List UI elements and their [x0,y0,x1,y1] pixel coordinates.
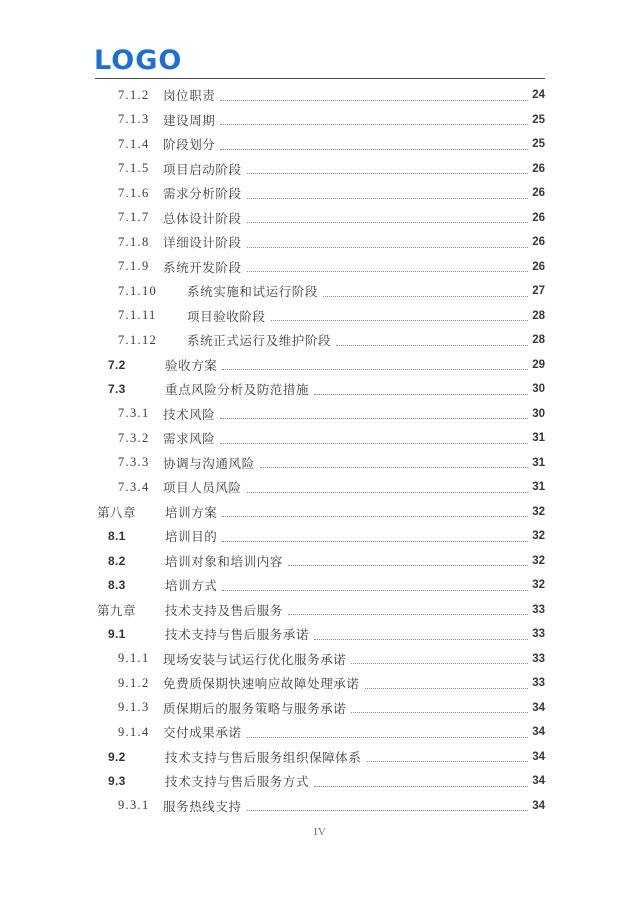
toc-leader-dots [283,549,532,574]
toc-entry-number: 7.1.12 [118,333,187,348]
toc-entry-page-number: 33 [532,604,545,616]
toc-entry-title: 服务热线支持 [163,797,242,815]
toc-entry[interactable]: 9.1技术支持与售后服务承诺33 [95,622,545,647]
toc-entry-number: 8.2 [108,554,165,568]
toc-entry-page-number: 34 [532,751,545,763]
toc-entry[interactable]: 7.3.1技术风险30 [95,402,545,427]
toc-entry-number: 9.1 [108,627,165,641]
toc-leader-dots [283,598,532,623]
toc-entry-title: 重点风险分析及防范措施 [165,380,309,398]
toc-leader-dots [309,769,532,794]
toc-entry-title: 技术支持与售后服务组织保障体系 [165,748,362,766]
toc-entry-page-number: 32 [532,579,545,591]
toc-entry-title: 技术支持与售后服务承诺 [165,625,309,643]
toc-entry-page-number: 26 [532,212,545,224]
toc-leader-dots [360,671,533,696]
toc-leader-dots [215,132,532,157]
toc-leader-dots [318,279,532,304]
toc-leader-dots [242,206,533,231]
toc-entry[interactable]: 7.1.5项目启动阶段26 [95,157,545,182]
toc-leader-dots [215,402,532,427]
toc-entry-number: 7.1.4 [118,137,163,152]
toc-entry-number: 9.1.4 [118,725,163,740]
toc-entry-title: 系统正式运行及维护阶段 [187,331,331,349]
toc-entry-page-number: 33 [532,628,545,640]
toc-entry-title: 技术风险 [163,405,215,423]
toc-entry[interactable]: 第八章培训方案32 [95,500,545,525]
toc-leader-dots [255,451,533,476]
toc-entry-number: 7.2 [108,358,165,372]
toc-entry-number: 9.3 [108,774,165,788]
toc-leader-dots [242,720,533,745]
toc-entry-title: 岗位职责 [163,86,215,104]
toc-entry-title: 培训方案 [165,503,217,521]
toc-entry-page-number: 30 [532,408,545,420]
toc-entry-title: 现场安装与试运行优化服务承诺 [163,650,346,668]
toc-entry-number: 7.1.5 [118,161,163,176]
toc-entry[interactable]: 8.1培训目的32 [95,524,545,549]
toc-entry-page-number: 30 [532,383,545,395]
toc-entry-number: 7.3.4 [118,480,163,495]
toc-entry-title: 培训目的 [165,527,217,545]
toc-entry-page-number: 28 [532,334,545,346]
toc-list: 7.1.2岗位职责247.1.3建设周期257.1.4阶段划分257.1.5项目… [95,83,545,818]
toc-entry[interactable]: 7.2验收方案29 [95,353,545,378]
toc-entry-number: 7.1.11 [118,308,187,323]
toc-entry[interactable]: 7.1.8详细设计阶段26 [95,230,545,255]
toc-entry-title: 项目启动阶段 [163,160,242,178]
toc-entry-title: 阶段划分 [163,135,215,153]
toc-entry[interactable]: 7.1.11项目验收阶段28 [95,304,545,329]
toc-leader-dots [309,622,532,647]
toc-leader-dots [266,304,533,329]
toc-entry-page-number: 33 [532,653,545,665]
toc-entry-page-number: 32 [532,506,545,518]
toc-entry[interactable]: 7.1.2岗位职责24 [95,83,545,108]
toc-entry-page-number: 26 [532,163,545,175]
toc-entry-page-number: 26 [532,187,545,199]
toc-leader-dots [242,475,533,500]
toc-entry-page-number: 24 [532,89,545,101]
toc-leader-dots [331,328,532,353]
toc-entry-page-number: 32 [532,555,545,567]
toc-entry-title: 总体设计阶段 [163,209,242,227]
toc-entry-number: 8.1 [108,529,165,543]
toc-entry[interactable]: 7.3重点风险分析及防范措施30 [95,377,545,402]
toc-entry-number: 7.1.2 [118,88,163,103]
toc-entry[interactable]: 8.3培训方式32 [95,573,545,598]
header-rule [95,78,545,79]
toc-entry[interactable]: 7.3.4项目人员风险31 [95,475,545,500]
toc-entry-title: 需求风险 [163,429,215,447]
toc-leader-dots [346,696,532,721]
toc-leader-dots [346,647,532,672]
toc-entry-title: 系统实施和试运行阶段 [187,282,318,300]
toc-entry-number: 7.1.6 [118,186,163,201]
toc-entry-title: 技术支持及售后服务 [165,601,283,619]
toc-entry[interactable]: 7.3.3协调与沟通风险31 [95,451,545,476]
toc-entry-title: 交付成果承诺 [163,723,242,741]
toc-entry-number: 9.1.2 [118,676,163,691]
toc-leader-dots [309,377,532,402]
toc-entry-page-number: 26 [532,236,545,248]
toc-entry-page-number: 27 [532,285,545,297]
toc-entry[interactable]: 7.1.10系统实施和试运行阶段27 [95,279,545,304]
toc-leader-dots [242,794,533,819]
toc-leader-dots [215,108,532,133]
toc-entry-page-number: 34 [532,775,545,787]
toc-entry-page-number: 25 [532,138,545,150]
toc-leader-dots [217,524,532,549]
toc-entry-page-number: 31 [532,432,545,444]
toc-entry-page-number: 25 [532,114,545,126]
toc-entry-title: 项目验收阶段 [187,307,266,325]
toc-entry-number: 9.2 [108,750,165,764]
toc-entry-page-number: 32 [532,530,545,542]
toc-entry-number: 7.3.1 [118,406,163,421]
toc-entry[interactable]: 9.3技术支持与售后服务方式34 [95,769,545,794]
toc-entry-page-number: 31 [532,481,545,493]
toc-leader-dots [217,353,532,378]
toc-entry[interactable]: 7.1.4阶段划分25 [95,132,545,157]
toc-entry-number: 7.1.7 [118,210,163,225]
toc-entry-title: 详细设计阶段 [163,233,242,251]
toc-entry-page-number: 33 [532,677,545,689]
toc-entry-number: 7.3 [108,382,165,396]
toc-leader-dots [242,230,533,255]
toc-leader-dots [217,573,532,598]
toc-entry-page-number: 31 [532,457,545,469]
toc-entry-number: 7.1.10 [118,284,187,299]
toc-entry[interactable]: 7.1.3建设周期25 [95,108,545,133]
toc-entry-title: 技术支持与售后服务方式 [165,772,309,790]
toc-entry[interactable]: 7.3.2需求风险31 [95,426,545,451]
toc-entry-page-number: 29 [532,359,545,371]
toc-entry-number: 7.3.2 [118,431,163,446]
toc-entry-title: 培训方式 [165,576,217,594]
toc-entry-number: 7.3.3 [118,455,163,470]
toc-leader-dots [242,181,533,206]
toc-entry-number: 第九章 [97,601,165,619]
toc-entry-title: 免费质保期快速响应故障处理承诺 [163,674,360,692]
toc-leader-dots [215,83,532,108]
toc-entry[interactable]: 9.1.2免费质保期快速响应故障处理承诺33 [95,671,545,696]
toc-entry-title: 质保期后的服务策略与服务承诺 [163,699,346,717]
toc-entry[interactable]: 9.1.3质保期后的服务策略与服务承诺34 [95,696,545,721]
toc-entry[interactable]: 9.1.4交付成果承诺34 [95,720,545,745]
toc-entry[interactable]: 8.2培训对象和培训内容32 [95,549,545,574]
toc-entry-number: 7.1.8 [118,235,163,250]
toc-leader-dots [217,500,532,525]
toc-entry-page-number: 26 [532,261,545,273]
toc-entry-number: 9.1.1 [118,651,163,666]
logo-text: LOGO [94,46,182,76]
footer-page-number: IV [0,826,640,838]
toc-entry[interactable]: 第九章技术支持及售后服务33 [95,598,545,623]
toc-entry-number: 8.3 [108,578,165,592]
toc-entry-number: 7.1.3 [118,112,163,127]
toc-entry-number: 第八章 [97,503,165,521]
toc-entry[interactable]: 7.1.12系统正式运行及维护阶段28 [95,328,545,353]
toc-entry-page-number: 34 [532,726,545,738]
toc-entry[interactable]: 9.3.1服务热线支持34 [95,794,545,819]
toc-entry[interactable]: 9.2技术支持与售后服务组织保障体系34 [95,745,545,770]
toc-entry[interactable]: 7.1.7总体设计阶段26 [95,206,545,231]
toc-entry-page-number: 34 [532,800,545,812]
toc-leader-dots [362,745,533,770]
toc-entry-title: 验收方案 [165,356,217,374]
toc-leader-dots [242,255,533,280]
toc-entry-title: 建设周期 [163,111,215,129]
toc-entry-page-number: 28 [532,310,545,322]
toc-entry-number: 9.3.1 [118,798,163,813]
toc-leader-dots [242,157,533,182]
toc-entry[interactable]: 7.1.6需求分析阶段26 [95,181,545,206]
toc-entry-number: 9.1.3 [118,700,163,715]
toc-entry-number: 7.1.9 [118,259,163,274]
toc-entry-title: 培训对象和培训内容 [165,552,283,570]
toc-entry-title: 需求分析阶段 [163,184,242,202]
toc-entry[interactable]: 7.1.9系统开发阶段26 [95,255,545,280]
toc-entry-title: 系统开发阶段 [163,258,242,276]
toc-entry-title: 协调与沟通风险 [163,454,255,472]
toc-leader-dots [215,426,532,451]
toc-entry-page-number: 34 [532,702,545,714]
toc-entry[interactable]: 9.1.1现场安装与试运行优化服务承诺33 [95,647,545,672]
toc-entry-title: 项目人员风险 [163,478,242,496]
